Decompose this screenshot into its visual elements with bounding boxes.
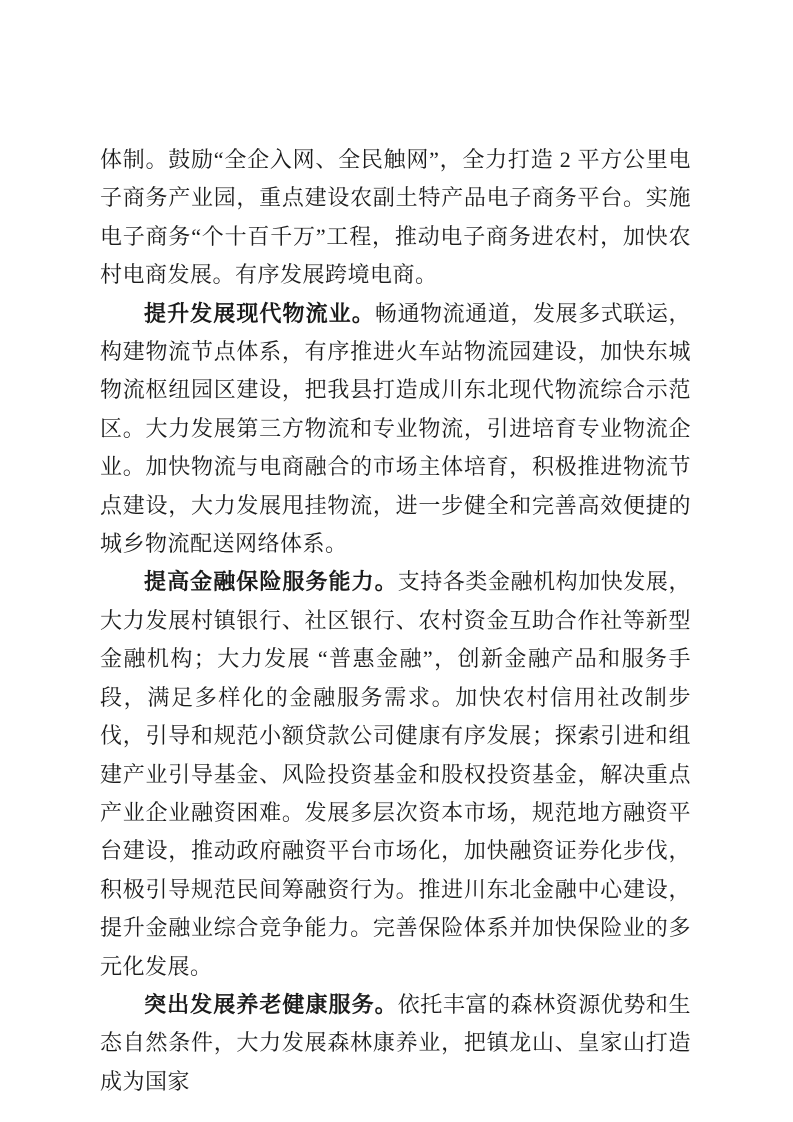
paragraph-text: 体制。鼓励“全企入网、全民触网”，全力打造 2 平方公里电子商务产业园，重点建设… [100,147,691,287]
paragraph: 突出发展养老健康服务。依托丰富的森林资源优势和生态自然条件，大力发展森林康养业，… [100,986,691,1101]
paragraph: 提高金融保险服务能力。支持各类金融机构加快发展，大力发展村镇银行、社区银行、农村… [100,563,691,985]
paragraph-lead: 提高金融保险服务能力。 [144,569,398,594]
paragraph: 体制。鼓励“全企入网、全民触网”，全力打造 2 平方公里电子商务产业园，重点建设… [100,141,691,295]
document-page: 体制。鼓励“全企入网、全民触网”，全力打造 2 平方公里电子商务产业园，重点建设… [0,0,793,1122]
paragraph-lead: 提升发展现代物流业。 [144,301,375,326]
document-body-text: 体制。鼓励“全企入网、全民触网”，全力打造 2 平方公里电子商务产业园，重点建设… [100,141,691,1101]
paragraph-text: 畅通物流通道，发展多式联运，构建物流节点体系，有序推进火车站物流园建设，加快东城… [100,301,691,556]
paragraph-text: 支持各类金融机构加快发展，大力发展村镇银行、社区银行、农村资金互助合作社等新型金… [100,569,691,978]
paragraph-lead: 突出发展养老健康服务。 [144,992,398,1017]
paragraph: 提升发展现代物流业。畅通物流通道，发展多式联运，构建物流节点体系，有序推进火车站… [100,295,691,564]
